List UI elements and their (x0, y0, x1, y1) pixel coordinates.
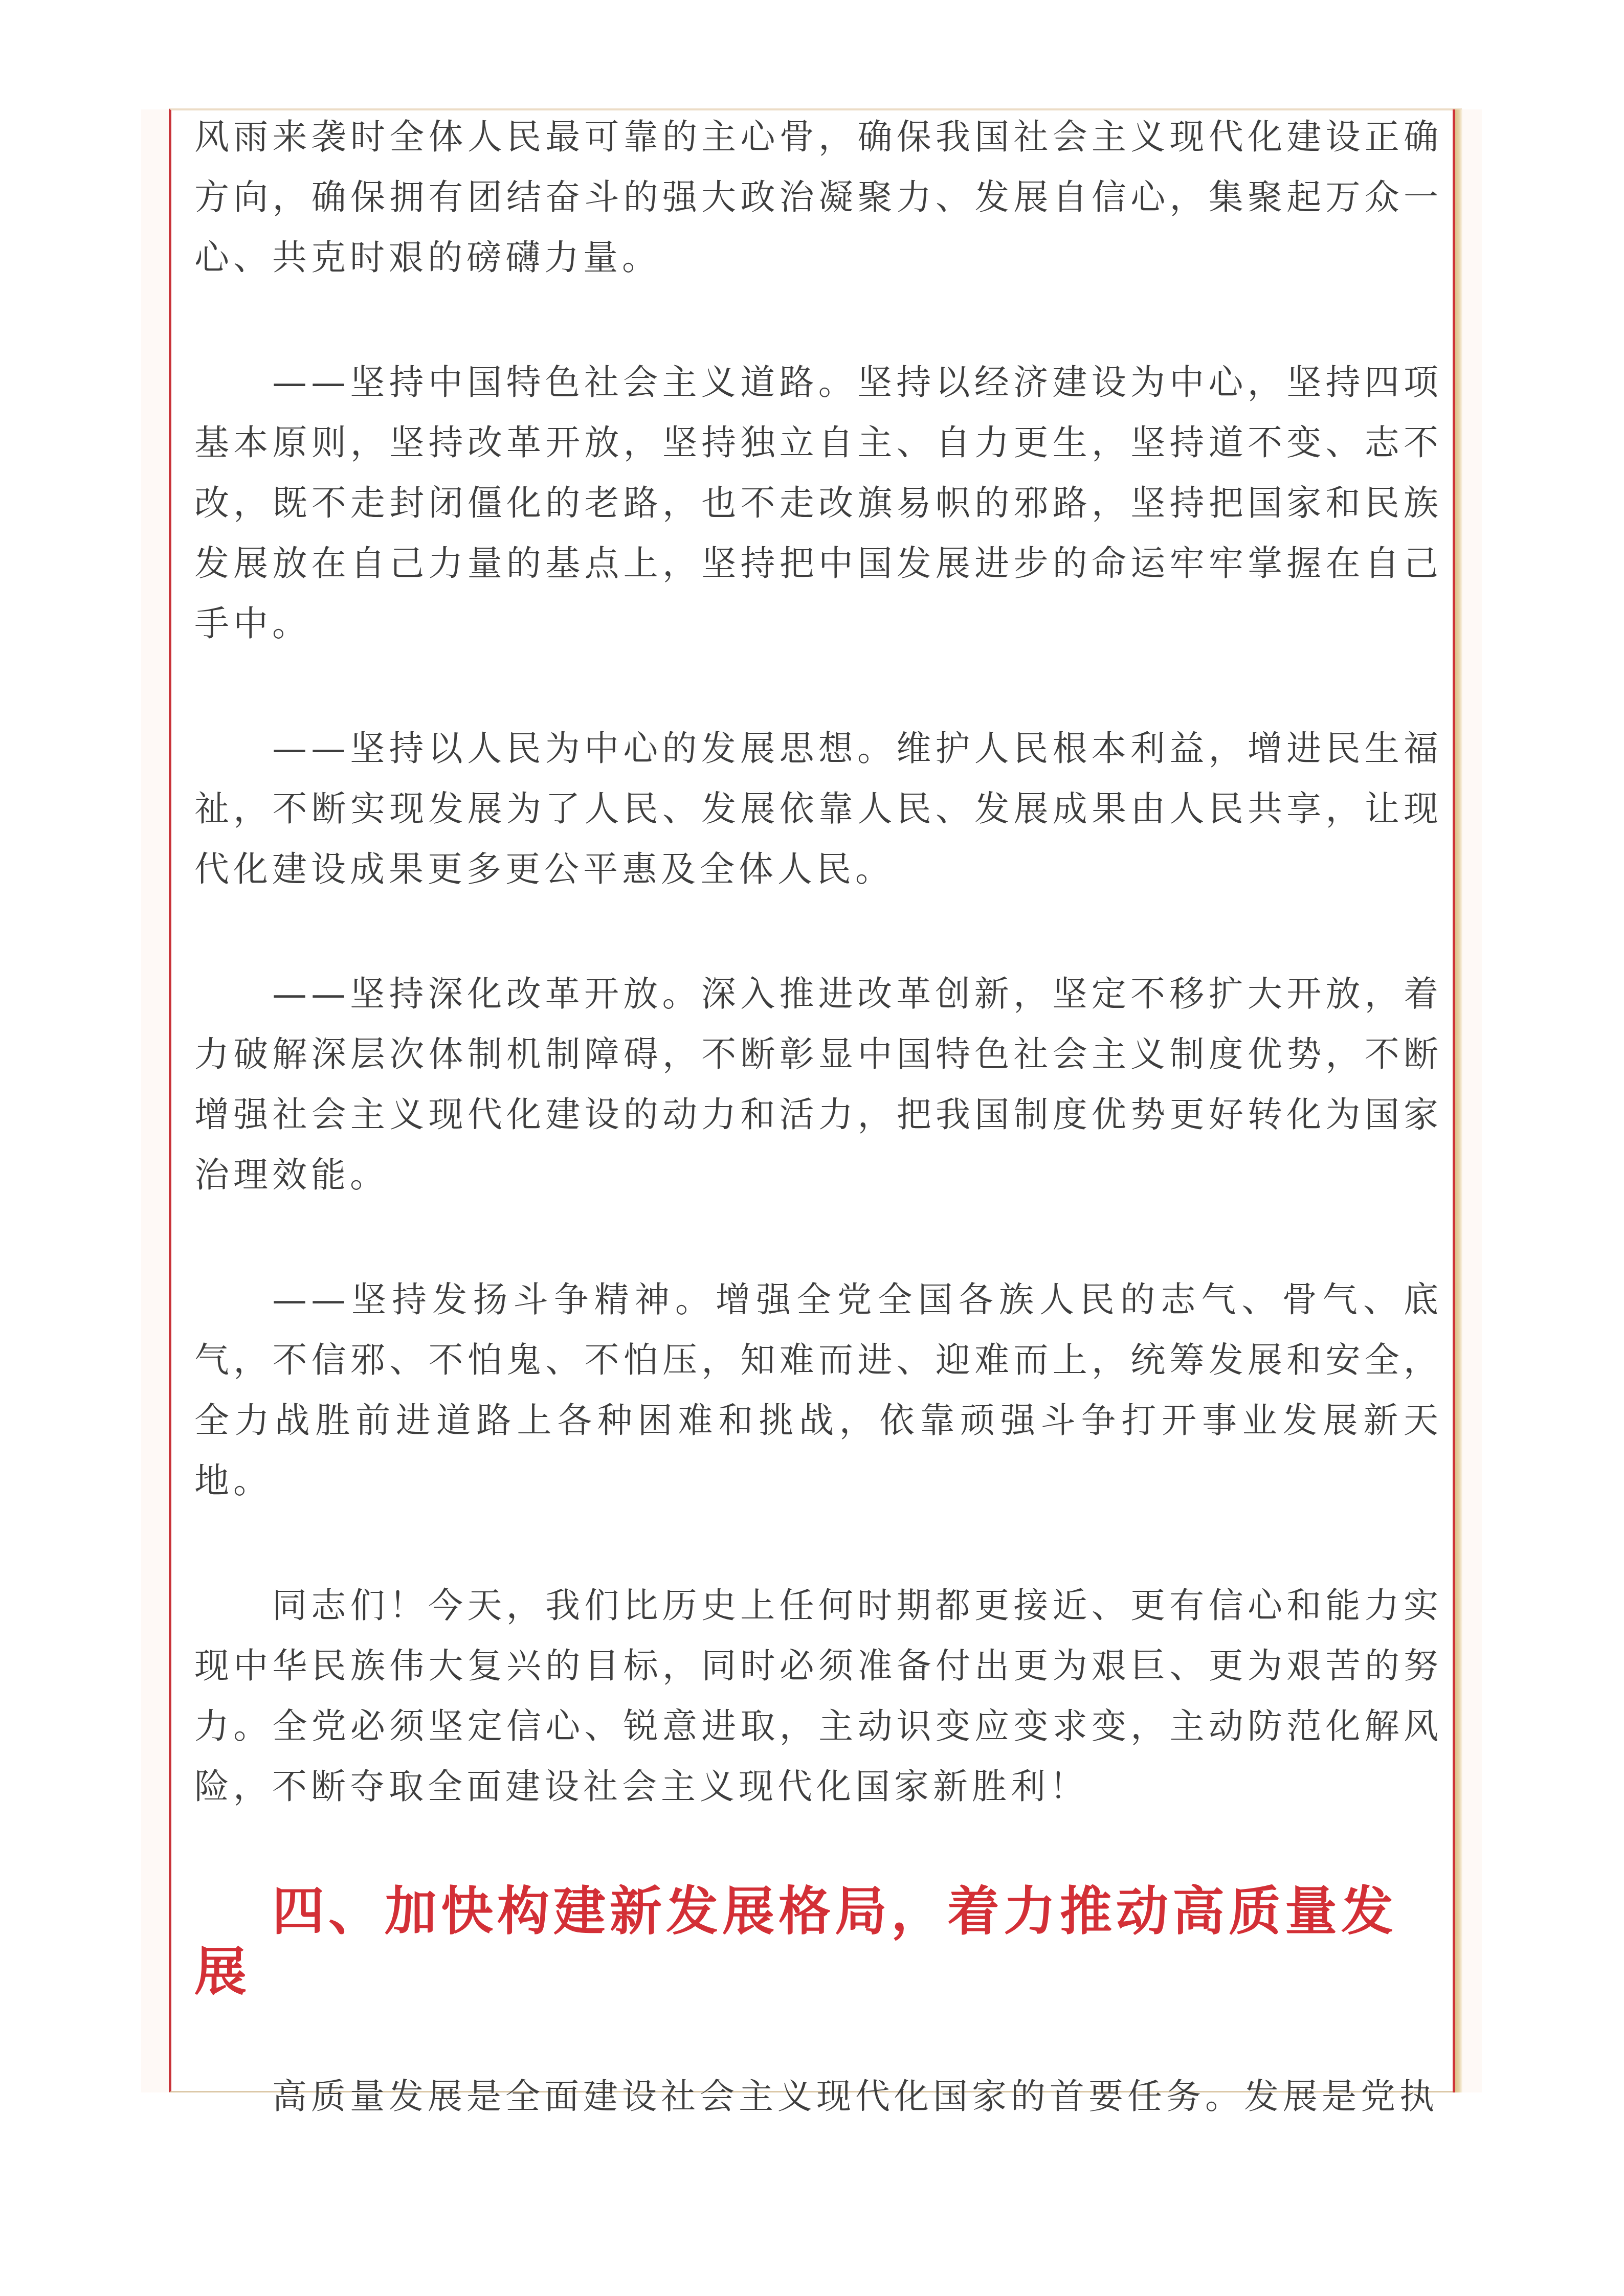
paragraph-high-quality-development: 高质量发展是全面建设社会主义现代化国家的首要任务。发展是党执 (194, 2067, 1442, 2127)
paragraph-comrades: 同志们！今天，我们比历史上任何时期都更接近、更有信心和能力实现中华民族伟大复兴的… (194, 1576, 1442, 1817)
paragraph-socialist-road: ——坚持中国特色社会主义道路。坚持以经济建设为中心，坚持四项基本原则，坚持改革开… (194, 353, 1442, 655)
section-heading: 四、加快构建新发展格局，着力推动高质量发展 (194, 1882, 1442, 2002)
paragraph-continuation: 风雨来袭时全体人民最可靠的主心骨，确保我国社会主义现代化建设正确方向，确保拥有团… (194, 107, 1442, 288)
paragraph-people-centered: ——坚持以人民为中心的发展思想。维护人民根本利益，增进民生福祉，不断实现发展为了… (194, 719, 1442, 900)
card-right-border-gold (1455, 109, 1462, 2092)
paragraph-fighting-spirit: ——坚持发扬斗争精神。增强全党全国各族人民的志气、骨气、底气，不信邪、不怕鬼、不… (194, 1270, 1442, 1512)
article-body: 风雨来袭时全体人民最可靠的主心骨，确保我国社会主义现代化建设正确方向，确保拥有团… (194, 107, 1442, 2192)
paragraph-reform-opening: ——坚持深化改革开放。深入推进改革创新，坚定不移扩大开放，着力破解深层次体制机制… (194, 964, 1442, 1206)
